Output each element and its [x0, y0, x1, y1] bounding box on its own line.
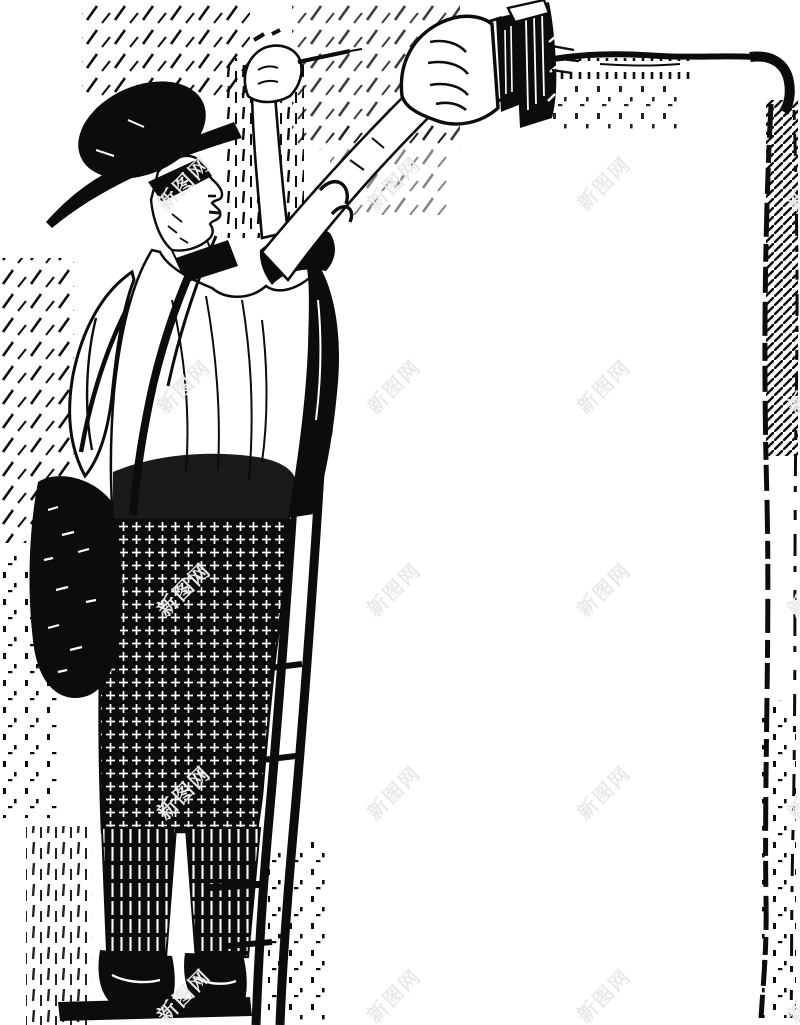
ladder-rung: [228, 942, 272, 946]
painter-engraving-illustration: [0, 0, 800, 1025]
ladder-rung: [270, 664, 302, 668]
checked-trousers: [100, 518, 292, 832]
lips: [209, 212, 219, 213]
trouser-leg-right: [186, 828, 260, 960]
ladder-rung: [262, 756, 296, 760]
illustration-canvas: 新图网新图网新图网新图网新图网新图网新图网新图网新图网新图网新图网新图网新图网新…: [0, 0, 800, 1025]
trouser-leg-left: [102, 828, 176, 958]
ladder-rung: [204, 884, 266, 888]
shoulder-bag: [29, 476, 122, 698]
